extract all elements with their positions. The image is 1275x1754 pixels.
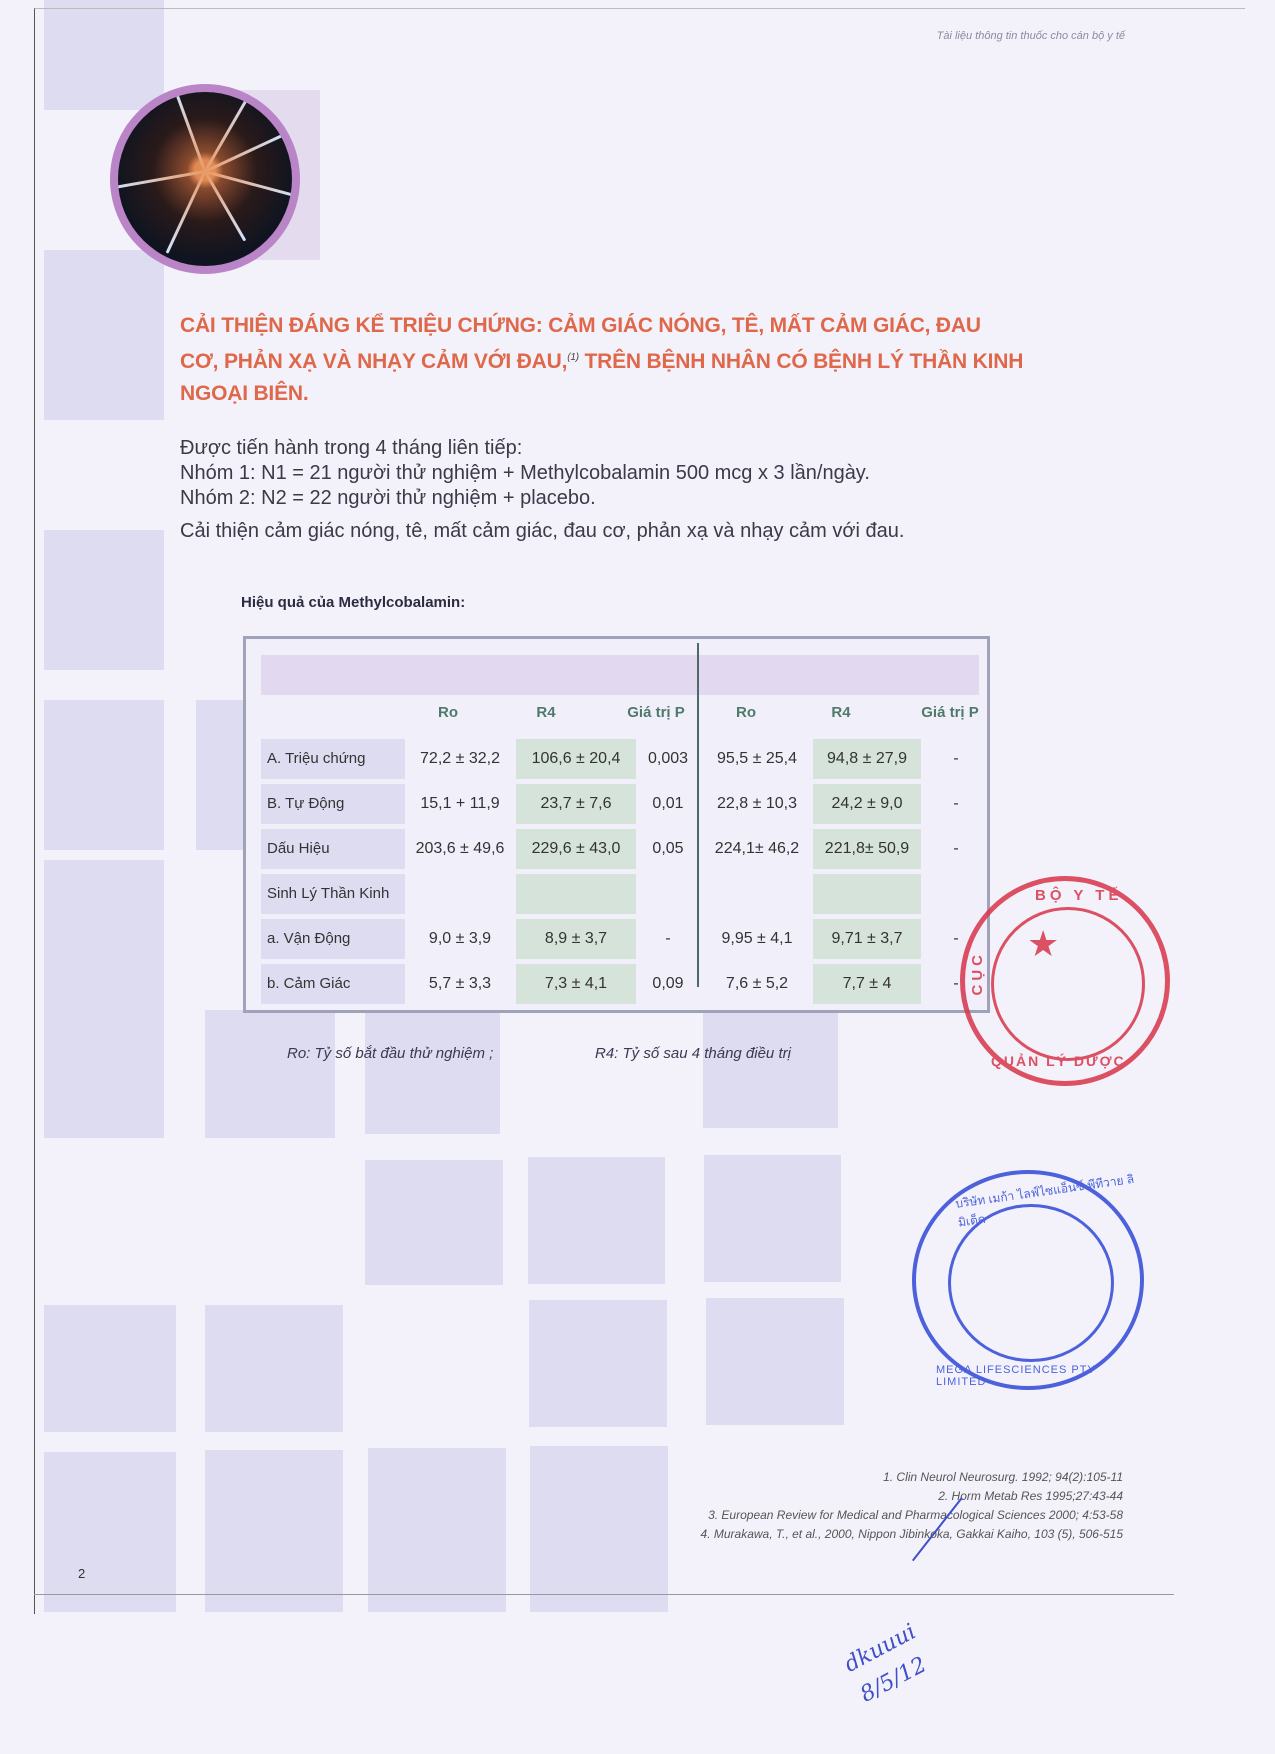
table-cell-g1-ro: 203,6 ± 49,6: [406, 829, 514, 869]
table-cell-g1-ro: [406, 874, 514, 914]
col-header-g1-p: Giá trị P: [616, 704, 696, 721]
table-cell-g2-r4: 94,8 ± 27,9: [813, 739, 921, 779]
table-cell-g1-ro: 15,1 + 11,9: [406, 784, 514, 824]
table-cell-g2-r4: 221,8± 50,9: [813, 829, 921, 869]
title-line-3: NGOẠI BIÊN.: [180, 378, 1140, 410]
reference-2: 2. Horm Metab Res 1995;27:43-44: [701, 1487, 1123, 1506]
row-label: Sinh Lý Thần Kinh: [261, 874, 405, 914]
table-cell-g1-p: [638, 874, 698, 914]
table-cell-g1-p: 0,003: [638, 739, 698, 779]
study-description: Được tiến hành trong 4 tháng liên tiếp: …: [180, 436, 904, 544]
header-note: Tài liệu thông tin thuốc cho cán bộ y tế: [937, 30, 1125, 42]
col-header-g2-ro: Ro: [716, 704, 776, 721]
row-label: Dấu Hiệu: [261, 829, 405, 869]
title-line-2: CƠ, PHẢN XẠ VÀ NHẠY CẢM VỚI ĐAU,(1) TRÊN…: [180, 342, 1140, 378]
ministry-stamp: ★ BỘ Y TẾ CỤC QUẢN LÝ DƯỢC: [960, 876, 1170, 1086]
table-header-band: [261, 655, 979, 695]
table-caption: Hiệu quả của Methylcobalamin:: [241, 594, 465, 611]
table-cell-g1-p: 0,05: [638, 829, 698, 869]
table-cell-g2-p: -: [936, 784, 976, 824]
table-cell-g2-r4: 7,7 ± 4: [813, 964, 921, 1004]
table-cell-g2-ro: 9,95 ± 4,1: [703, 919, 811, 959]
table-cell-g1-p: -: [638, 919, 698, 959]
reference-4: 4. Murakawa, T., et al., 2000, Nippon Ji…: [701, 1525, 1123, 1544]
efficacy-table: Ro R4 Giá trị P Ro R4 Giá trị P A. Triệu…: [243, 636, 990, 1013]
table-cell-g2-ro: 224,1± 46,2: [703, 829, 811, 869]
table-cell-g1-ro: 9,0 ± 3,9: [406, 919, 514, 959]
table-cell-g1-r4: 7,3 ± 4,1: [516, 964, 636, 1004]
row-label: B. Tự Động: [261, 784, 405, 824]
reference-marker: (1): [567, 352, 579, 363]
neuron-image-icon: [110, 84, 300, 274]
references: 1. Clin Neurol Neurosurg. 1992; 94(2):10…: [701, 1468, 1123, 1544]
page-title: CẢI THIỆN ĐÁNG KỂ TRIỆU CHỨNG: CẢM GIÁC …: [180, 310, 1140, 410]
table-cell-g2-ro: [703, 874, 811, 914]
star-icon: ★: [1027, 923, 1059, 965]
study-duration: Được tiến hành trong 4 tháng liên tiếp:: [180, 436, 904, 461]
table-cell-g1-p: 0,09: [638, 964, 698, 1004]
title-line-1: CẢI THIỆN ĐÁNG KỂ TRIỆU CHỨNG: CẢM GIÁC …: [180, 310, 1140, 342]
table-cell-g1-ro: 72,2 ± 32,2: [406, 739, 514, 779]
table-cell-g2-ro: 22,8 ± 10,3: [703, 784, 811, 824]
legend-r4: R4: Tỷ số sau 4 tháng điều trị: [595, 1045, 791, 1062]
row-label: a. Vận Động: [261, 919, 405, 959]
bottom-rule: [34, 1594, 1174, 1595]
table-cell-g2-ro: 7,6 ± 5,2: [703, 964, 811, 1004]
group-2: Nhóm 2: N2 = 22 người thử nghiệm + place…: [180, 486, 904, 511]
reference-3: 3. European Review for Medical and Pharm…: [701, 1506, 1123, 1525]
page-number: 2: [78, 1566, 85, 1581]
table-cell-g2-p: -: [936, 739, 976, 779]
table-cell-g1-r4: [516, 874, 636, 914]
company-stamp: บริษัท เมก้า ไลฟ์ไซแอ็นซ์ พีทีวาย ลิมิเต…: [912, 1170, 1144, 1390]
table-cell-g1-ro: 5,7 ± 3,3: [406, 964, 514, 1004]
table-cell-g2-p: [936, 874, 976, 914]
group-1: Nhóm 1: N1 = 21 người thử nghiệm + Methy…: [180, 461, 904, 486]
table-cell-g2-r4: [813, 874, 921, 914]
reference-1: 1. Clin Neurol Neurosurg. 1992; 94(2):10…: [701, 1468, 1123, 1487]
table-cell-g1-p: 0,01: [638, 784, 698, 824]
row-label: b. Cảm Giác: [261, 964, 405, 1004]
col-header-g1-r4: R4: [516, 704, 576, 721]
col-header-g2-p: Giá trị P: [910, 704, 990, 721]
table-cell-g2-r4: 24,2 ± 9,0: [813, 784, 921, 824]
table-cell-g1-r4: 229,6 ± 43,0: [516, 829, 636, 869]
row-label: A. Triệu chứng: [261, 739, 405, 779]
table-cell-g1-r4: 23,7 ± 7,6: [516, 784, 636, 824]
table-cell-g1-r4: 8,9 ± 3,7: [516, 919, 636, 959]
handwritten-signature: dkuuui 8/5/12: [839, 1616, 939, 1712]
col-header-g1-ro: Ro: [418, 704, 478, 721]
improvement-summary: Cải thiện cảm giác nóng, tê, mất cảm giá…: [180, 519, 904, 544]
table-cell-g2-ro: 95,5 ± 25,4: [703, 739, 811, 779]
col-header-g2-r4: R4: [811, 704, 871, 721]
table-cell-g2-p: -: [936, 829, 976, 869]
table-cell-g2-r4: 9,71 ± 3,7: [813, 919, 921, 959]
legend-ro: Ro: Tỷ số bắt đầu thử nghiệm ;: [287, 1045, 493, 1062]
table-cell-g1-r4: 106,6 ± 20,4: [516, 739, 636, 779]
